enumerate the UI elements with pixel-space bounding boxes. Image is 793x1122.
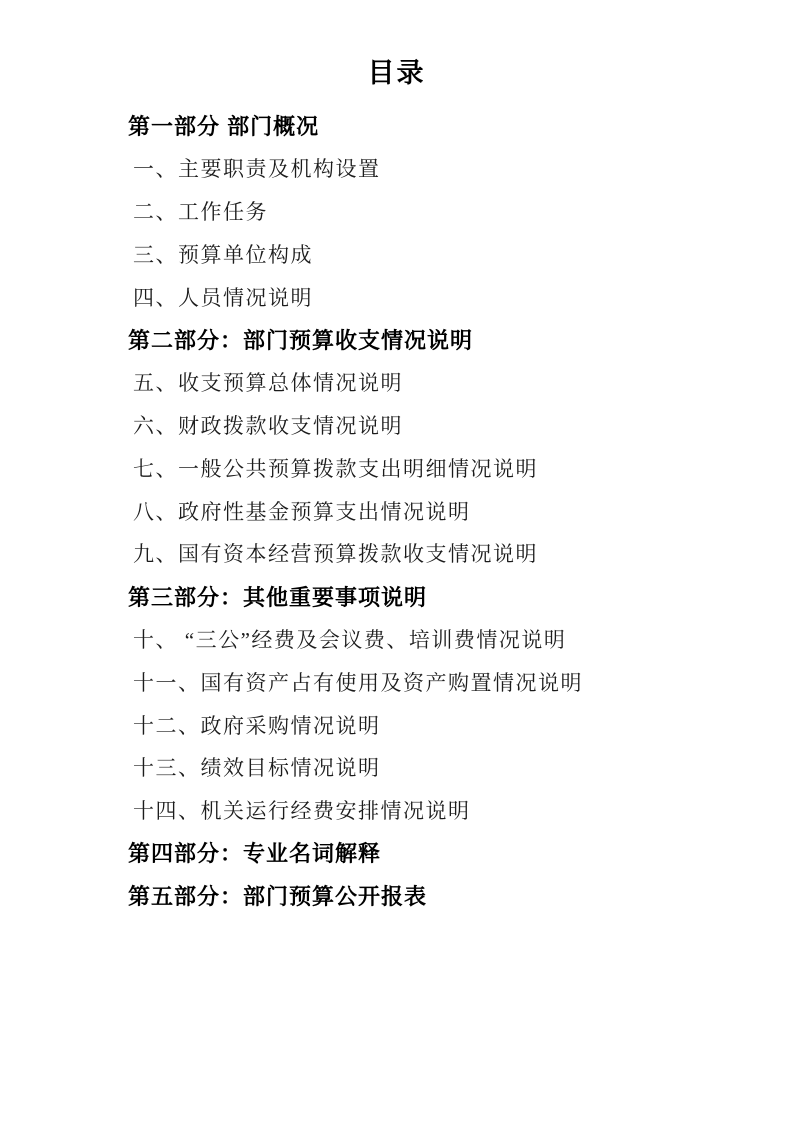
toc-entry-item: 十二、政府采购情况说明 [128, 703, 733, 746]
toc-entry-section: 第四部分：专业名词解释 [128, 832, 733, 875]
toc-entry-item: 十四、机关运行经费安排情况说明 [128, 789, 733, 832]
toc-entry-item: 四、人员情况说明 [128, 275, 733, 318]
toc-entry-item: 十三、绩效目标情况说明 [128, 746, 733, 789]
toc-entry-item: 七、一般公共预算拨款支出明细情况说明 [128, 446, 733, 489]
toc-entry-item: 一、主要职责及机构设置 [128, 147, 733, 190]
toc-entry-section: 第五部分：部门预算公开报表 [128, 874, 733, 917]
toc-entry-item: 五、收支预算总体情况说明 [128, 361, 733, 404]
toc-entry-item: 二、工作任务 [128, 190, 733, 233]
toc-entry-item: 六、财政拨款收支情况说明 [128, 404, 733, 447]
toc-entry-item: 十、 “三公”经费及会议费、培训费情况说明 [128, 618, 733, 661]
page-title: 目录 [0, 57, 793, 89]
toc-entry-section: 第一部分 部门概况 [128, 104, 733, 147]
document-page: 目录 第一部分 部门概况一、主要职责及机构设置二、工作任务三、预算单位构成四、人… [0, 0, 793, 1122]
toc-entry-section: 第二部分：部门预算收支情况说明 [128, 318, 733, 361]
toc-list: 第一部分 部门概况一、主要职责及机构设置二、工作任务三、预算单位构成四、人员情况… [0, 104, 793, 917]
toc-entry-item: 八、政府性基金预算支出情况说明 [128, 489, 733, 532]
toc-entry-item: 九、国有资本经营预算拨款收支情况说明 [128, 532, 733, 575]
toc-entry-item: 三、预算单位构成 [128, 232, 733, 275]
toc-entry-section: 第三部分：其他重要事项说明 [128, 575, 733, 618]
toc-entry-item: 十一、国有资产占有使用及资产购置情况说明 [128, 660, 733, 703]
